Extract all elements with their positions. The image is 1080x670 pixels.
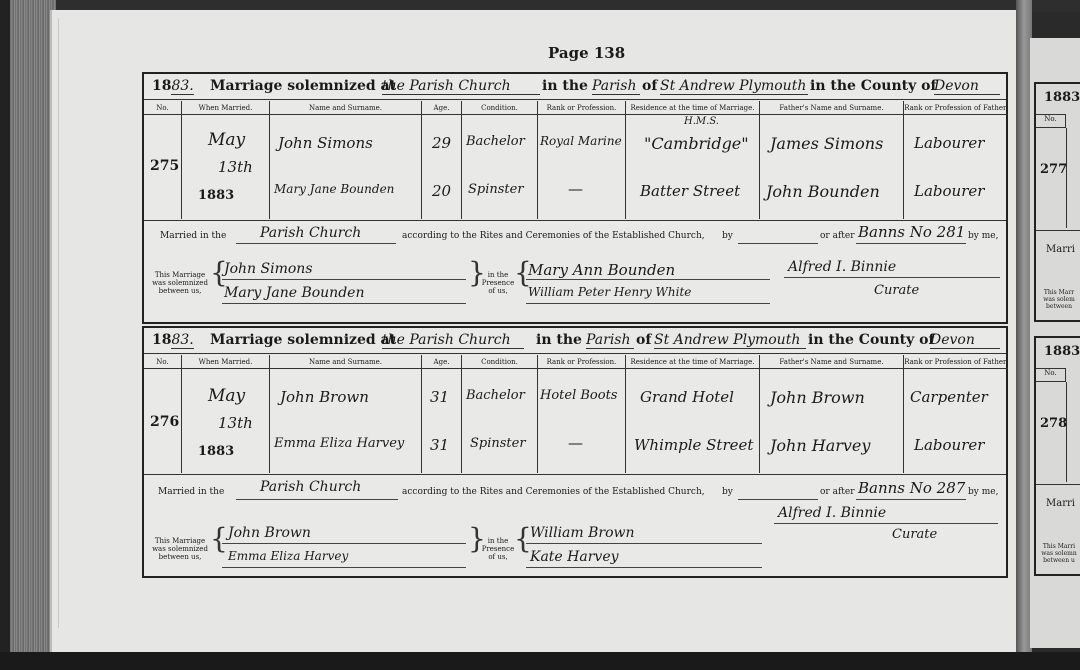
facing-page-entry: 1883. No. 278 Marri This Marri was solem… — [1034, 336, 1080, 576]
groom-name: John Brown — [280, 388, 369, 406]
entry-heading: 1883. Marriage solemnized at the Parish … — [144, 328, 1006, 354]
facing-page-entry: 1883. No. 277 Marri This Marr was solem … — [1034, 82, 1080, 322]
page-number: Page 138 — [548, 44, 625, 62]
entry-heading: 1883. Marriage solemnized at the Parish … — [144, 74, 1006, 100]
bride-name: Mary Jane Bounden — [274, 182, 394, 196]
entry-year: 1883. — [152, 78, 194, 94]
banns-number: Banns No 287 — [858, 479, 965, 497]
marriage-entry: 1883. Marriage solemnized at the Parish … — [142, 72, 1008, 324]
witness-1: Mary Ann Bounden — [528, 261, 675, 279]
page-margin-rule — [58, 18, 59, 628]
marriage-entry: 1883. Marriage solemnized at the Parish … — [142, 326, 1008, 578]
entry-footer: Married in the Parish Church according t… — [144, 220, 1006, 324]
parish-name: St Andrew Plymouth — [660, 78, 808, 95]
groom-signature: John Simons — [224, 261, 313, 277]
county-name: Devon — [930, 332, 1000, 349]
groom-name: John Simons — [278, 134, 373, 152]
scan-bottom-shadow — [0, 652, 1080, 670]
entry-year: 1883. — [152, 332, 194, 348]
book-cover-edge — [0, 0, 10, 670]
witness-2: William Peter Henry White — [528, 285, 691, 299]
bride-signature: Emma Eliza Harvey — [228, 549, 348, 563]
entry-number: 275 — [150, 158, 179, 174]
parish-name: St Andrew Plymouth — [654, 332, 806, 349]
officiant-signature: Alfred I. Binnie — [778, 505, 886, 521]
marriage-place: the Parish Church — [382, 78, 540, 95]
entry-footer: Married in the Parish Church according t… — [144, 474, 1006, 578]
entry-number: 276 — [150, 414, 179, 430]
marriage-place: the Parish Church — [382, 332, 524, 349]
witness-2: Kate Harvey — [530, 549, 619, 565]
officiant-title: Curate — [892, 527, 937, 542]
witness-1: William Brown — [530, 525, 635, 541]
county-name: Devon — [934, 78, 1000, 95]
banns-number: Banns No 281 — [858, 223, 965, 241]
bride-signature: Mary Jane Bounden — [224, 285, 364, 301]
bride-name: Emma Eliza Harvey — [274, 436, 404, 451]
officiant-title: Curate — [874, 283, 919, 298]
officiant-signature: Alfred I. Binnie — [788, 259, 896, 275]
groom-signature: John Brown — [228, 525, 311, 541]
